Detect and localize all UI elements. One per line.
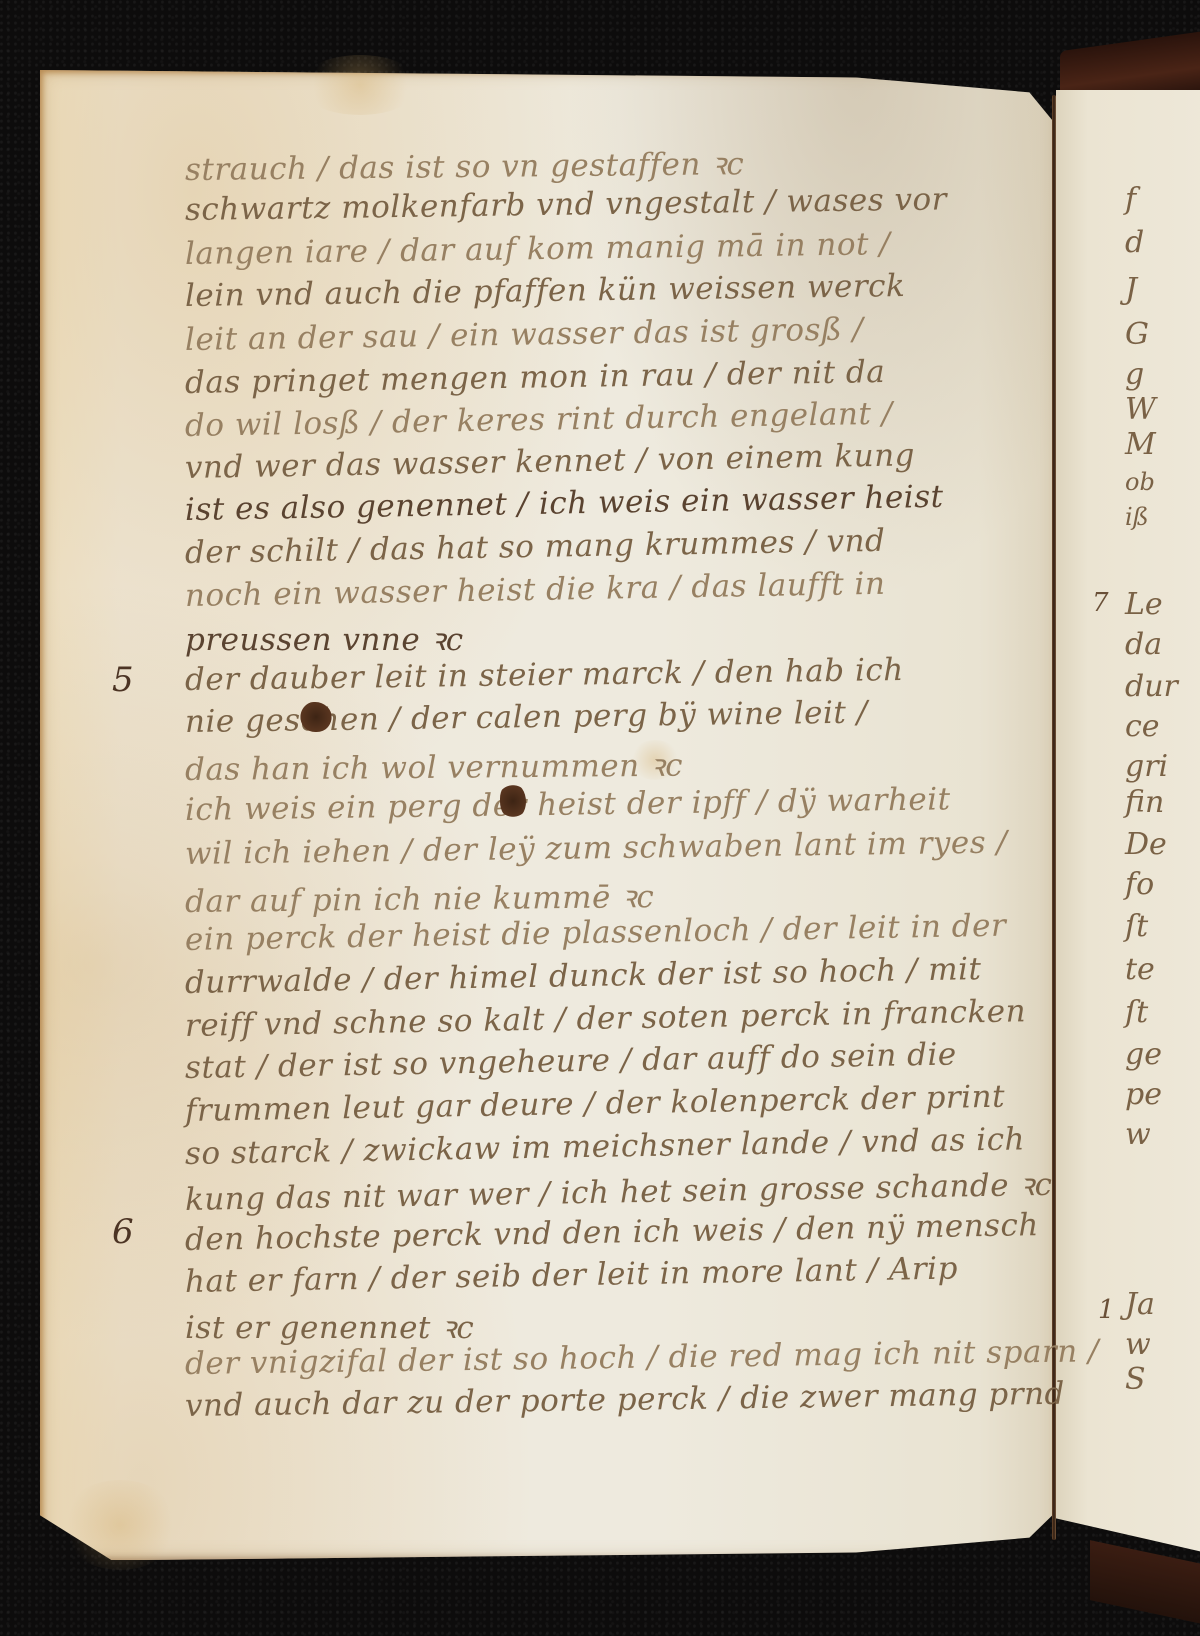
margin-number: 1: [1098, 1295, 1115, 1325]
margin-number: 6: [112, 1212, 134, 1252]
ink-blot: [500, 783, 526, 819]
right-page-glyph: J: [1125, 275, 1137, 305]
text-line: das han ich wol vernummen ꝛc: [185, 744, 683, 790]
right-page-glyph: ſt: [1125, 998, 1148, 1028]
right-page-glyph: ge: [1125, 1040, 1162, 1070]
right-page-glyph: ſt: [1125, 912, 1148, 942]
right-page-glyph: S: [1125, 1365, 1146, 1395]
margin-number: 7: [1092, 588, 1109, 618]
right-page-glyph: M: [1125, 430, 1156, 460]
right-page-glyph: ce: [1125, 712, 1160, 742]
water-stain: [60, 1480, 180, 1570]
water-stain: [300, 55, 420, 115]
right-page-glyph: w: [1125, 1330, 1151, 1360]
manuscript-scan: strauch / das ist so vn gestaffen ꝛc sch…: [0, 0, 1200, 1636]
ink-blot: [300, 702, 332, 732]
right-page-glyph: w: [1125, 1120, 1151, 1150]
text-line: preussen vnne ꝛc: [185, 618, 464, 660]
right-page-glyph: G: [1125, 320, 1149, 350]
right-page-glyph: fin: [1125, 788, 1164, 818]
right-page-glyph: iß: [1125, 505, 1149, 529]
right-page-glyph: De: [1125, 830, 1167, 860]
right-page-glyph: te: [1125, 955, 1155, 985]
right-page-glyph: g: [1125, 360, 1144, 390]
margin-number: 5: [112, 660, 134, 700]
right-page-glyph: gri: [1125, 752, 1168, 782]
right-page-glyph: Ja: [1125, 1290, 1155, 1320]
leather-binding-bottom: [1090, 1540, 1200, 1630]
right-page-glyph: f: [1125, 185, 1136, 215]
right-page-glyph: W: [1125, 395, 1156, 425]
right-page-glyph: Le: [1125, 590, 1163, 620]
right-page-glyph: fo: [1125, 870, 1154, 900]
right-page-glyph: ob: [1125, 470, 1155, 494]
right-page-glyph: da: [1125, 630, 1162, 660]
book-gutter: [1052, 95, 1056, 1540]
text-line: strauch / das ist so vn gestaffen ꝛc: [185, 142, 745, 190]
right-page-glyph: d: [1125, 228, 1144, 258]
right-page-glyph: pe: [1125, 1080, 1162, 1110]
right-page-glyph: dur: [1125, 672, 1178, 702]
